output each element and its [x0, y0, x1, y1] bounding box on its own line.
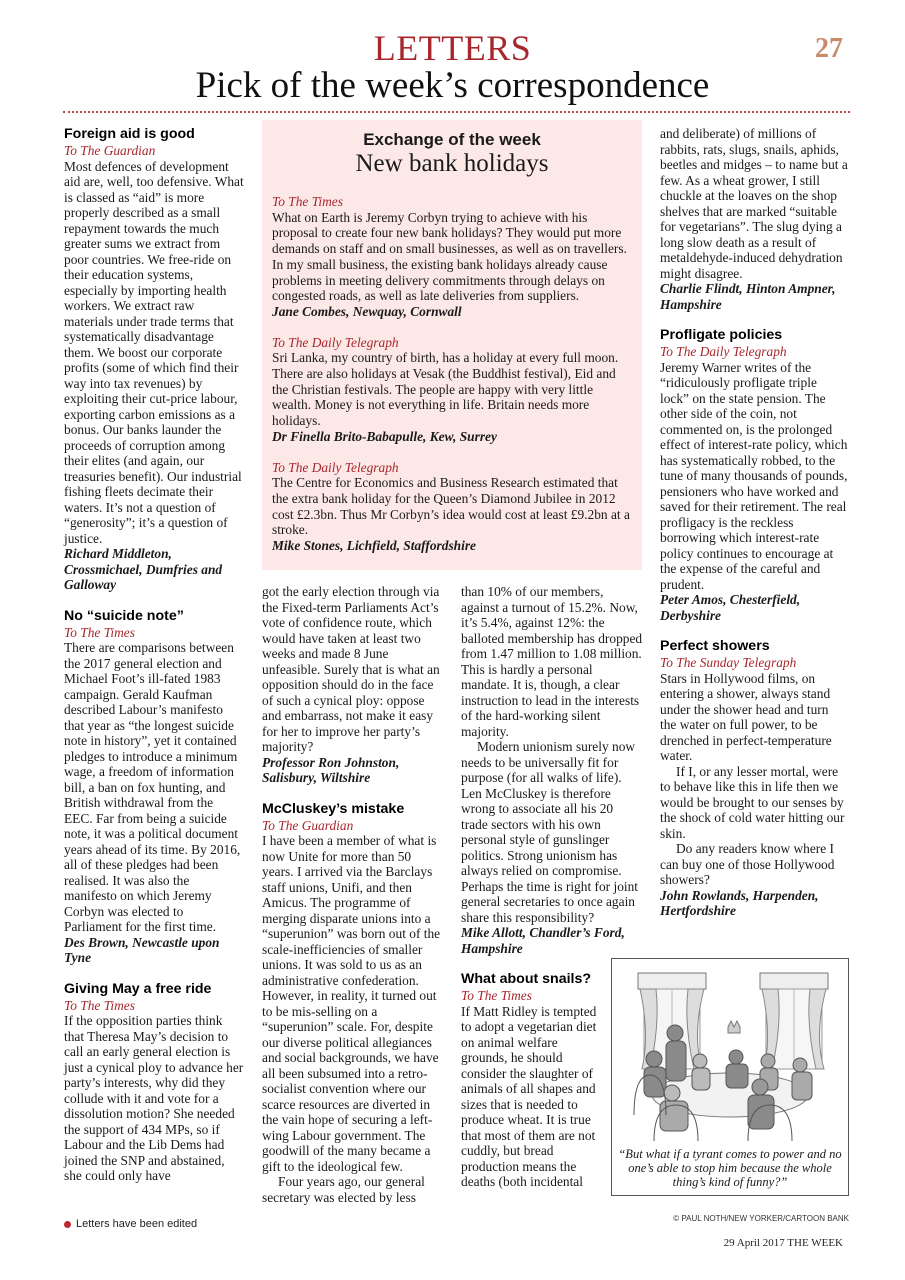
- cartoon-credit: © PAUL NOTH/NEW YORKER/CARTOON BANK: [673, 1214, 849, 1223]
- exchange-of-the-week-box: Exchange of the week New bank holidays T…: [262, 120, 642, 570]
- letter-body: Jeremy Warner writes of the “ridiculousl…: [660, 360, 848, 593]
- section-title: LETTERS: [0, 30, 905, 66]
- letter-signature: John Rowlands, Harpenden, Hertfordshire: [660, 888, 848, 919]
- letter-body: Stars in Hollywood films, on entering a …: [660, 671, 848, 764]
- letter-signature: Jane Combes, Newquay, Cornwall: [272, 304, 632, 320]
- letter-body: Four years ago, our general secretary wa…: [262, 1174, 446, 1205]
- letter-signature: Dr Finella Brito-Babapulle, Kew, Surrey: [272, 429, 632, 445]
- letter-headline: What about snails?: [461, 971, 601, 988]
- page-dateline: 29 April 2017 THE WEEK: [724, 1237, 843, 1249]
- edited-note-text: Letters have been edited: [76, 1218, 197, 1230]
- exchange-letter: To The Daily Telegraph The Centre for Ec…: [272, 460, 632, 554]
- letter-signature: Charlie Flindt, Hinton Ampner, Hampshire: [660, 281, 848, 312]
- letter-signature: Des Brown, Newcastle upon Tyne: [64, 935, 244, 966]
- letter-body: If the opposition parties think that The…: [64, 1013, 244, 1184]
- letter-signature: Peter Amos, Chesterfield, Derbyshire: [660, 592, 848, 623]
- letter-headline: No “suicide note”: [64, 608, 244, 625]
- letter-source: To The Times: [272, 194, 632, 210]
- letter-body: The Centre for Economics and Business Re…: [272, 475, 632, 538]
- header-divider: [63, 111, 850, 113]
- letter-signature: Mike Allott, Chandler’s Ford, Hampshire: [461, 925, 643, 956]
- letters-edited-note: Letters have been edited: [64, 1218, 197, 1230]
- letter-snails: What about snails? To The Times If Matt …: [461, 971, 601, 1190]
- letter-headline: Foreign aid is good: [64, 126, 244, 143]
- letter-headline: Giving May a free ride: [64, 981, 244, 998]
- page-subtitle: Pick of the week’s correspondence: [0, 66, 905, 106]
- bullet-dot-icon: [64, 1221, 71, 1228]
- letter-body: If Matt Ridley is tempted to adopt a veg…: [461, 1004, 601, 1190]
- letter-source: To The Daily Telegraph: [660, 344, 848, 360]
- letter-showers: Perfect showers To The Sunday Telegraph …: [660, 638, 848, 919]
- letter-body: There are comparisons between the 2017 g…: [64, 640, 244, 935]
- letter-body: I have been a member of what is now Unit…: [262, 833, 446, 1174]
- cartoon-illustration-icon: [620, 965, 840, 1143]
- letter-source: To The Times: [64, 998, 244, 1014]
- letter-headline: Profligate policies: [660, 327, 848, 344]
- column-1: Foreign aid is good To The Guardian Most…: [64, 126, 244, 1184]
- letter-body-continued: got the early election through via the F…: [262, 584, 446, 755]
- letter-body: What on Earth is Jeremy Corbyn trying to…: [272, 210, 632, 304]
- letter-signature: Mike Stones, Lichfield, Staffordshire: [272, 538, 632, 554]
- cartoon: “But what if a tyrant comes to power and…: [611, 958, 849, 1196]
- letter-signature: Richard Middleton, Crossmichael, Dumfrie…: [64, 546, 244, 593]
- letter-suicide-note: No “suicide note” To The Times There are…: [64, 608, 244, 966]
- page-number: 27: [815, 34, 843, 64]
- letter-body-continued: than 10% of our members, against a turno…: [461, 584, 643, 739]
- letter-body: Sri Lanka, my country of birth, has a ho…: [272, 350, 632, 429]
- cartoon-caption: “But what if a tyrant comes to power and…: [616, 1147, 844, 1189]
- letter-foreign-aid: Foreign aid is good To The Guardian Most…: [64, 126, 244, 593]
- letter-source: To The Times: [461, 988, 601, 1004]
- letter-profligate: Profligate policies To The Daily Telegra…: [660, 327, 848, 623]
- exchange-letter: To The Daily Telegraph Sri Lanka, my cou…: [272, 335, 632, 445]
- letter-source: To The Guardian: [262, 818, 446, 834]
- letter-body: Most defences of development aid are, we…: [64, 159, 244, 547]
- letter-source: To The Guardian: [64, 143, 244, 159]
- letter-source: To The Times: [64, 625, 244, 641]
- letter-mccluskey: McCluskey’s mistake To The Guardian I ha…: [262, 801, 446, 1206]
- letter-free-ride: Giving May a free ride To The Times If t…: [64, 981, 244, 1184]
- exchange-letter: To The Times What on Earth is Jeremy Cor…: [272, 194, 632, 320]
- letter-headline: Perfect showers: [660, 638, 848, 655]
- letter-body-continued: and deliberate) of millions of rabbits, …: [660, 126, 848, 281]
- exchange-kicker: Exchange of the week: [272, 130, 632, 150]
- exchange-title: New bank holidays: [272, 150, 632, 178]
- letter-source: To The Daily Telegraph: [272, 335, 632, 351]
- letter-source: To The Daily Telegraph: [272, 460, 632, 476]
- letter-body: Do any readers know where I can buy one …: [660, 841, 848, 888]
- letter-body: Modern unionism surely now needs to be u…: [461, 739, 643, 925]
- letter-headline: McCluskey’s mistake: [262, 801, 446, 818]
- letter-body: If I, or any lesser mortal, were to beha…: [660, 764, 848, 842]
- column-4: and deliberate) of millions of rabbits, …: [660, 126, 848, 919]
- letter-source: To The Sunday Telegraph: [660, 655, 848, 671]
- letter-signature: Professor Ron Johnston, Salisbury, Wilts…: [262, 755, 446, 786]
- column-2: got the early election through via the F…: [262, 584, 446, 1205]
